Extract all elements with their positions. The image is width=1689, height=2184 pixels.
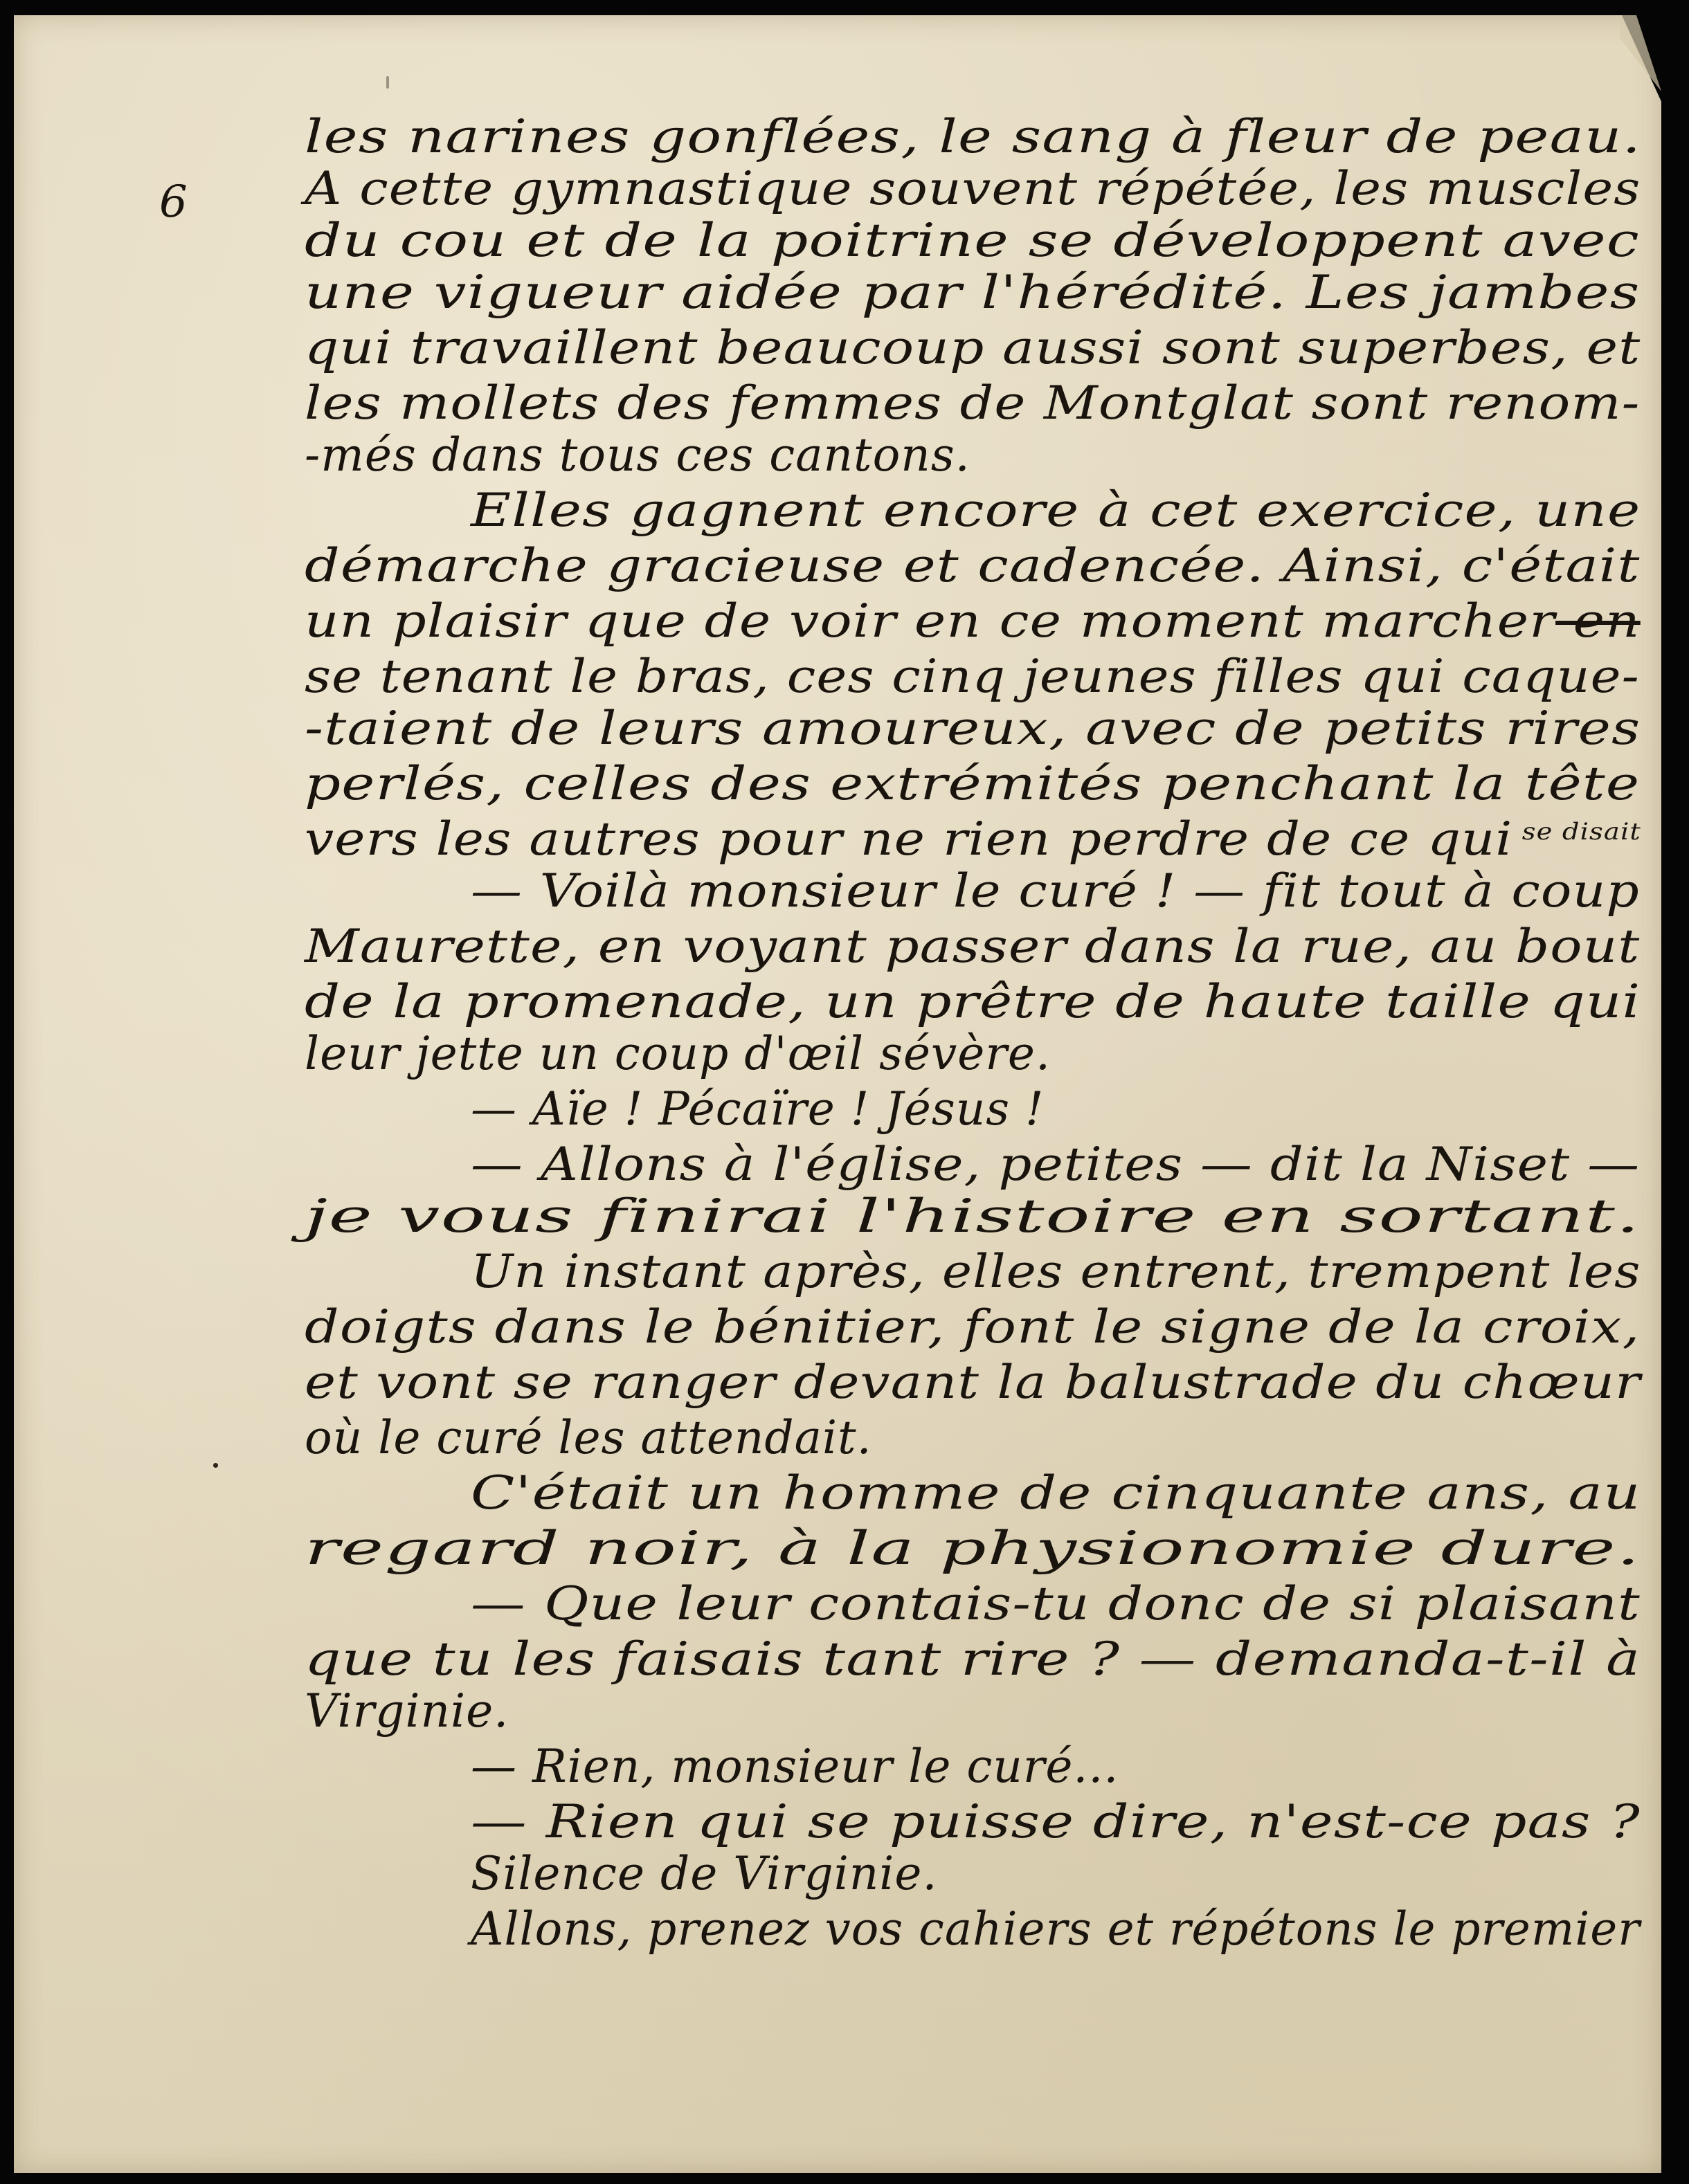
manuscript-line: de la promenade, un prêtre de haute tail… — [305, 979, 1641, 1025]
manuscript-line: — Voilà monsieur le curé ! — fit tout à … — [471, 868, 1640, 914]
line-text: se tenant le bras, ces cinq jeunes fille… — [305, 650, 1640, 703]
line-text: — Voilà monsieur le curé ! — fit tout à … — [471, 864, 1640, 918]
manuscript-line: Silence de Virginie. — [471, 1851, 937, 1897]
manuscript-line: se tenant le bras, ces cinq jeunes fille… — [305, 654, 1640, 700]
line-text: — Allons à l'église, petites — dit la Ni… — [471, 1138, 1640, 1191]
manuscript-line: et vont se ranger devant la balustrade d… — [305, 1360, 1641, 1405]
manuscript-line: — Aïe ! Pécaïre ! Jésus ! — [471, 1086, 1045, 1132]
ink-smudge — [386, 76, 389, 89]
line-text: Virginie. — [305, 1684, 509, 1738]
margin-dot — [213, 1463, 218, 1468]
line-text: qui travaillent beaucoup aussi sont supe… — [305, 321, 1641, 374]
line-text: un plaisir que de voir en ce moment marc… — [305, 594, 1555, 648]
manuscript-line: que tu les faisais tant rire ? — demanda… — [305, 1637, 1641, 1682]
manuscript-line: Elles gagnent encore à cet exercice, une — [471, 488, 1641, 534]
manuscript-line: — Que leur contais-tu donc de si plaisan… — [471, 1581, 1641, 1627]
line-text: Silence de Virginie. — [471, 1847, 937, 1900]
line-text: Allons, prenez vos cahiers et répétons l… — [471, 1902, 1641, 1956]
interlinear-addition: se disait — [1512, 818, 1641, 846]
manuscript-line: je vous finirai l'histoire en sortant. — [305, 1194, 1641, 1239]
line-text: C'était un homme de cinquante ans, au — [471, 1466, 1641, 1520]
manuscript-line: une vigueur aidée par l'hérédité. Les ja… — [305, 270, 1640, 316]
manuscript-line: vers les autres pour ne rien perdre de c… — [305, 817, 1641, 862]
line-text: — Rien qui se puisse dire, n'est-ce pas … — [471, 1795, 1641, 1848]
manuscript-line: -taient de leurs amoureux, avec de petit… — [305, 706, 1641, 752]
manuscript-line: -més dans tous ces cantons. — [305, 433, 970, 478]
manuscript-line: où le curé les attendait. — [305, 1415, 872, 1461]
manuscript-line: un plaisir que de voir en ce moment marc… — [305, 599, 1641, 644]
manuscript-line: A cette gymnastique souvent répétée, les… — [305, 166, 1641, 212]
line-text: démarche gracieuse et cadencée. Ainsi, c… — [305, 539, 1641, 592]
line-text: de la promenade, un prêtre de haute tail… — [305, 975, 1641, 1028]
line-text: une vigueur aidée par l'hérédité. Les ja… — [305, 266, 1640, 319]
manuscript-line: qui travaillent beaucoup aussi sont supe… — [305, 325, 1641, 371]
manuscript-line: C'était un homme de cinquante ans, au — [471, 1471, 1641, 1516]
line-text: que tu les faisais tant rire ? — demanda… — [305, 1632, 1641, 1686]
manuscript-line: perlés, celles des extrémités penchant l… — [305, 761, 1640, 807]
manuscript-line: — Allons à l'église, petites — dit la Ni… — [471, 1142, 1640, 1187]
manuscript-line: Virginie. — [305, 1689, 509, 1734]
manuscript-line: Un instant après, elles entrent, trempen… — [471, 1249, 1641, 1295]
line-text: regard noir, à la physionomie dure. — [305, 1522, 1641, 1575]
line-text: — Rien, monsieur le curé... — [471, 1740, 1119, 1793]
manuscript-line: regard noir, à la physionomie dure. — [305, 1526, 1641, 1572]
manuscript-line: — Rien, monsieur le curé... — [471, 1744, 1119, 1790]
manuscript-line: leur jette un coup d'œil sévère. — [305, 1031, 1051, 1077]
line-text: Un instant après, elles entrent, trempen… — [471, 1245, 1641, 1298]
line-text: les mollets des femmes de Montglat sont … — [305, 376, 1640, 430]
line-text: et vont se ranger devant la balustrade d… — [305, 1356, 1641, 1409]
line-text: je vous finirai l'histoire en sortant. — [305, 1190, 1641, 1243]
line-text: doigts dans le bénitier, font le signe d… — [305, 1300, 1640, 1354]
line-text: les narines gonflées, le sang à fleur de… — [305, 110, 1641, 163]
manuscript-line: Allons, prenez vos cahiers et répétons l… — [471, 1907, 1641, 1952]
line-text: A cette gymnastique souvent répétée, les… — [305, 162, 1641, 215]
line-text: leur jette un coup d'œil sévère. — [305, 1027, 1051, 1080]
page-number: 6 — [159, 176, 188, 228]
struck-word: en — [1555, 594, 1641, 648]
line-text: — Aïe ! Pécaïre ! Jésus ! — [471, 1082, 1045, 1136]
line-text: -taient de leurs amoureux, avec de petit… — [305, 702, 1641, 755]
line-text: du cou et de la poitrine se développent … — [305, 214, 1640, 267]
manuscript-line: du cou et de la poitrine se développent … — [305, 218, 1640, 264]
manuscript-line: Maurette, en voyant passer dans la rue, … — [305, 924, 1640, 970]
manuscript-line: les narines gonflées, le sang à fleur de… — [305, 114, 1641, 160]
manuscript-line: démarche gracieuse et cadencée. Ainsi, c… — [305, 543, 1641, 589]
line-text: -més dans tous ces cantons. — [305, 428, 970, 482]
manuscript-line: doigts dans le bénitier, font le signe d… — [305, 1304, 1640, 1350]
line-text: vers les autres pour ne rien perdre de c… — [305, 812, 1512, 866]
manuscript-line: — Rien qui se puisse dire, n'est-ce pas … — [471, 1799, 1641, 1845]
line-text: Elles gagnent encore à cet exercice, une — [471, 484, 1641, 537]
line-text: perlés, celles des extrémités penchant l… — [305, 757, 1640, 810]
line-text: où le curé les attendait. — [305, 1411, 872, 1464]
line-text: Maurette, en voyant passer dans la rue, … — [305, 920, 1640, 973]
manuscript-line: les mollets des femmes de Montglat sont … — [305, 381, 1640, 426]
line-text: — Que leur contais-tu donc de si plaisan… — [471, 1577, 1641, 1630]
